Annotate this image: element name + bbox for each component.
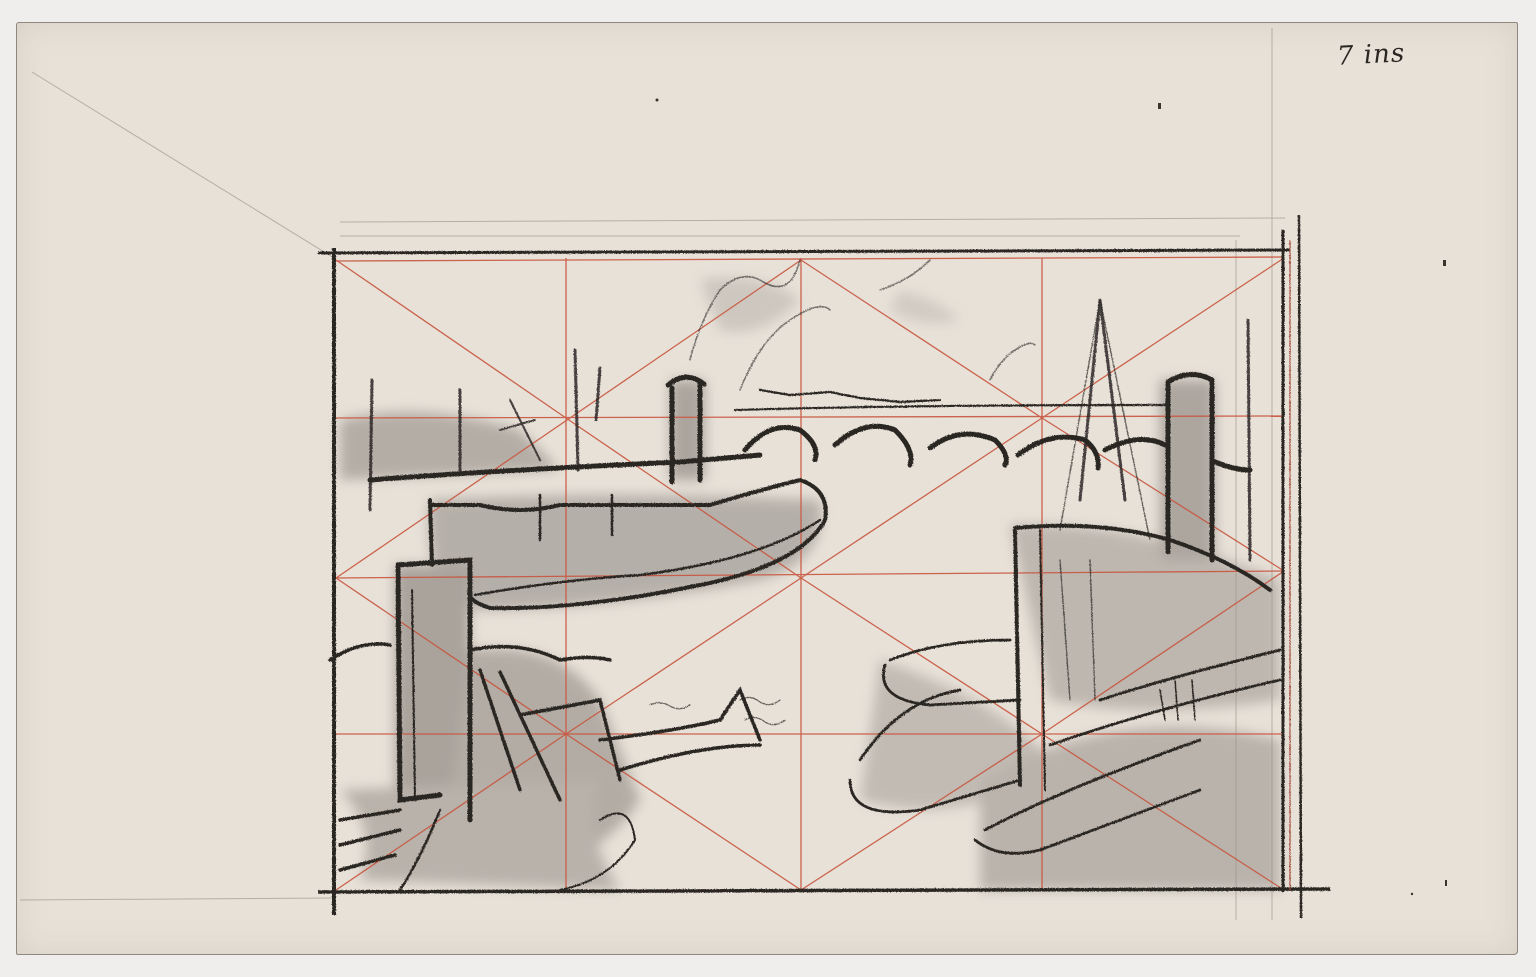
sketch-drawing [0,0,1536,977]
handwritten-annotation: 7 ins [1336,38,1406,72]
